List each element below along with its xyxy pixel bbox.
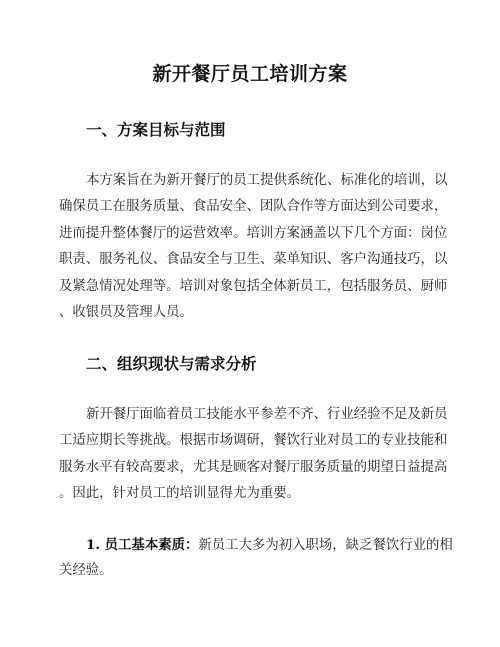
paragraph-line: 职责、服务礼仪、食品安全与卫生、菜单知识、客户沟通技巧，以 (59, 247, 479, 273)
paragraph-line: 确保员工在服务质量、食品安全、团队合作等方面达到公司要求， (59, 194, 479, 220)
paragraph-line: 服务水平有较高要求，尤其是顾客对餐厅服务质量的期望日益提高 (59, 455, 479, 481)
paragraph-line: 新开餐厅面临着员工技能水平参差不齐、行业经验不足及新员 (59, 402, 479, 428)
paragraph-line: 进而提升整体餐厅的运营效率。培训方案涵盖以下几个方面：岗位 (59, 221, 479, 247)
document-title: 新开餐厅员工培训方案 (0, 61, 500, 87)
paragraph-status-needs: 新开餐厅面临着员工技能水平参差不齐、行业经验不足及新员 工适应期长等挑战。根据市… (59, 402, 479, 508)
list-item-basic-quality: 1. 员工基本素质：新员工大多为初入职场，缺乏餐饮行业的相 关经验。 (59, 532, 479, 585)
paragraph-line: 工适应期长等挑战。根据市场调研，餐饮行业对员工的专业技能和 (59, 428, 479, 454)
paragraph-line: 本方案旨在为新开餐厅的员工提供系统化、标准化的培训，以 (59, 168, 479, 194)
paragraph-goals-scope: 本方案旨在为新开餐厅的员工提供系统化、标准化的培训，以 确保员工在服务质量、食品… (59, 168, 479, 326)
paragraph-line: 。因此，针对员工的培训显得尤为重要。 (59, 481, 479, 507)
paragraph-line: 1. 员工基本素质：新员工大多为初入职场，缺乏餐饮行业的相 (59, 532, 479, 558)
paragraph-line: 关经验。 (59, 558, 479, 584)
list-item-text: 新员工大多为初入职场，缺乏餐饮行业的相 (198, 538, 452, 553)
section-heading-status-needs: 二、组织现状与需求分析 (86, 353, 257, 375)
list-item-label: 1. 员工基本素质： (86, 537, 198, 553)
paragraph-line: 及紧急情况处理等。培训对象包括全体新员工，包括服务员、厨师 (59, 274, 479, 300)
paragraph-line: 、收银员及管理人员。 (59, 300, 479, 326)
section-heading-goals-scope: 一、方案目标与范围 (86, 119, 226, 141)
